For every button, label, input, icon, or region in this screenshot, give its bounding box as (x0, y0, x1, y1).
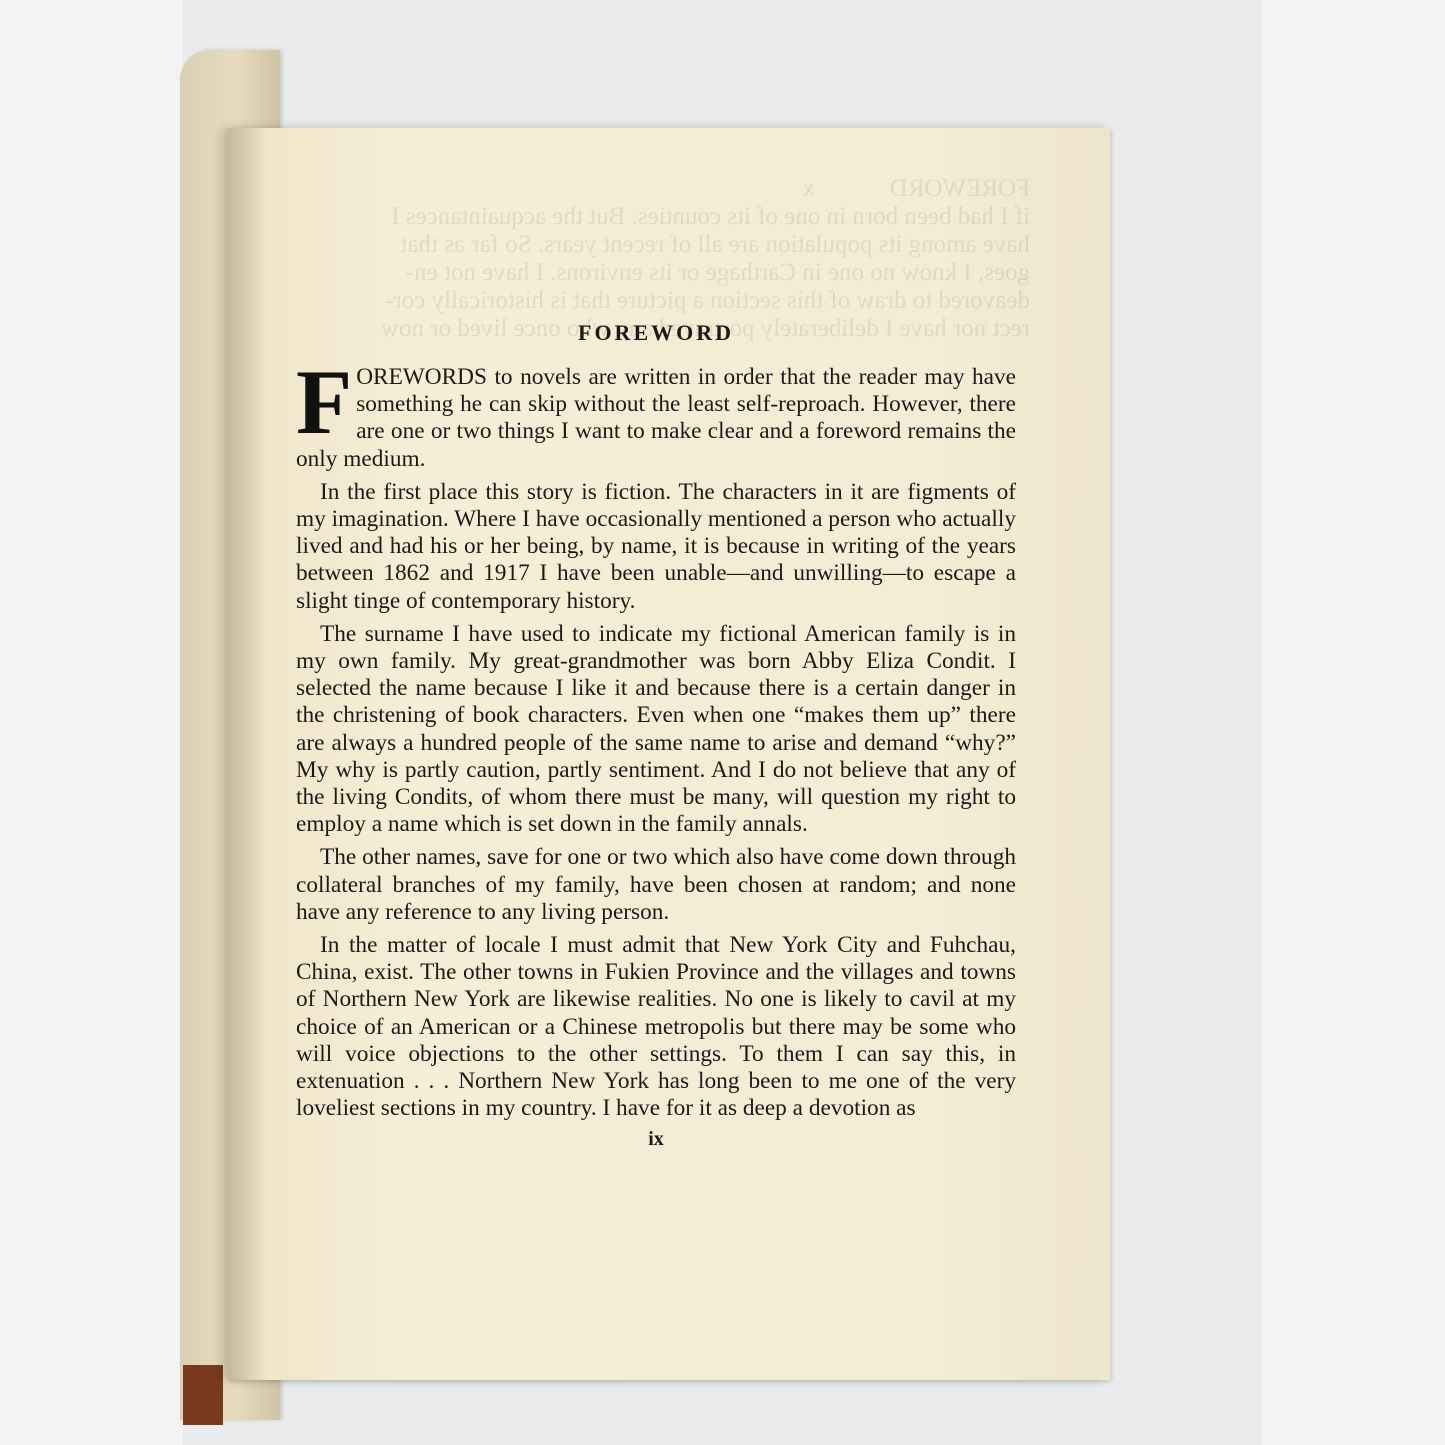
paragraph-3: The surname I have used to indicate my f… (296, 621, 1016, 839)
page-number: ix (296, 1128, 1016, 1151)
background-right (1262, 0, 1445, 1445)
paragraph-1: FOREWORDS to novels are written in order… (296, 364, 1016, 473)
paragraph-5: In the matter of locale I must admit tha… (296, 932, 1016, 1122)
background-left (0, 0, 183, 1445)
book-cover-edge (183, 1365, 223, 1425)
smallcaps-lead: OREWORDS (356, 364, 487, 390)
show-through-text: FOREWORD x if I had been born in one of … (330, 175, 1030, 343)
paragraph-4: The other names, save for one or two whi… (296, 844, 1016, 926)
paragraph-2: In the first place this story is fiction… (296, 479, 1016, 615)
page-gutter-shadow (228, 128, 268, 1380)
page-text: FOREWORD FOREWORDS to novels are written… (296, 320, 1016, 1151)
drop-cap: F (296, 366, 352, 438)
page-heading: FOREWORD (296, 320, 1016, 346)
